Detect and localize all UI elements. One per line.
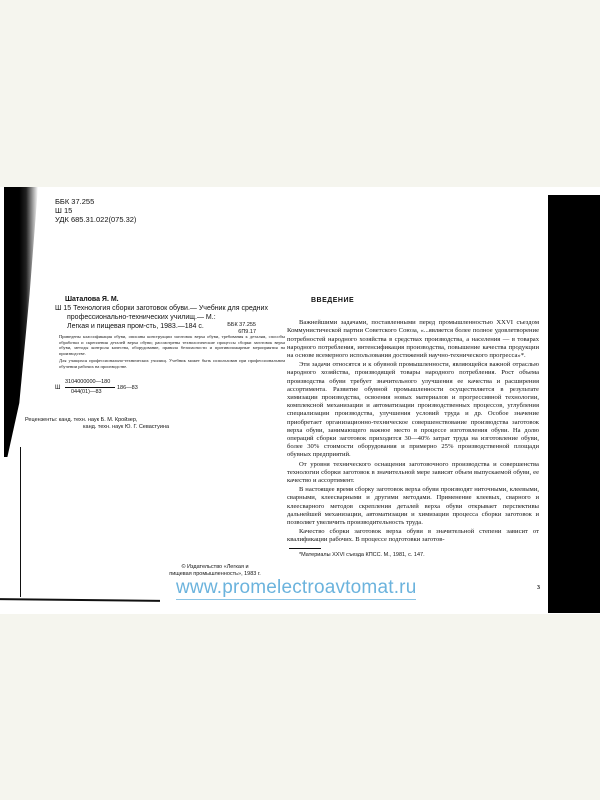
chapter-title: ВВЕДЕНИЕ [311,297,539,305]
annotation-text: Приведены классификация обуви, описаны к… [59,334,285,356]
catalog-index: Ш 15 [55,206,285,215]
biblio-line: Ш 15 Технология сборки заготовок обуви.—… [55,304,285,313]
paragraph: Эти задачи относятся и к обувной промышл… [287,361,539,459]
fraction-tail: 186—83 [117,385,138,392]
classification-codes: ББК 37.255 Ш 15 УДК 685.31.022(075.32) [55,197,285,224]
annotation-note: Для учащихся профессионально-технических… [59,358,285,369]
right-page-introduction: ВВЕДЕНИЕ Важнейшими задачами, поставленн… [287,297,539,559]
bbk-right-line: 6П9.17 [200,329,256,336]
annotation: Приведены классификация обуви, описаны к… [55,334,285,369]
fraction-letter: Ш [55,385,61,392]
udk-code: УДК 685.31.022(075.32) [55,215,285,224]
reviewer-line: канд. техн. наук Ю. Г. Севастуина [25,424,285,431]
copyright-line: © Издательство «Легкая и [165,564,265,571]
catalog-fraction: Ш 3104000000—180 044(01)—83 186—83 [55,379,285,403]
footnote-divider [289,548,321,549]
fraction-denominator: 044(01)—83 [71,389,102,396]
bbk-right-line: ББК 37.255 [200,322,256,329]
copyright-notice: © Издательство «Легкая и пищевая промышл… [165,564,265,578]
paragraph: В настоящее время сборку заготовок верха… [287,486,539,527]
paragraph: Важнейшими задачами, поставленными перед… [287,319,539,360]
scanned-book-spread: ББК 37.255 Ш 15 УДК 685.31.022(075.32) Ш… [0,187,600,614]
paragraph: Качество сборки заготовок верха обуви в … [287,528,539,544]
bbk-code: ББК 37.255 [55,197,285,206]
reviewers: Рецензенты: канд. техн. наук Б. М. Кройз… [25,417,285,431]
author-name: Шаталова Я. М. [65,296,285,304]
scan-right-shadow [548,195,600,613]
page-number: 3 [537,585,540,591]
reviewer-line: Рецензенты: канд. техн. наук Б. М. Кройз… [25,417,285,424]
watermark-link[interactable]: www.promelectroavtomat.ru [176,577,416,600]
fraction-numerator: 3104000000—180 [65,379,115,388]
page-bottom-edge [0,598,160,602]
paragraph: От уровня технического оснащения заготов… [287,461,539,486]
page-edge-line [20,447,21,597]
footnote: *Материалы XXVI съезда КПСС. М., 1981, с… [287,551,539,559]
left-page-imprint: ББК 37.255 Ш 15 УДК 685.31.022(075.32) Ш… [55,197,285,431]
bbk-right-code: ББК 37.255 6П9.17 [200,322,256,336]
